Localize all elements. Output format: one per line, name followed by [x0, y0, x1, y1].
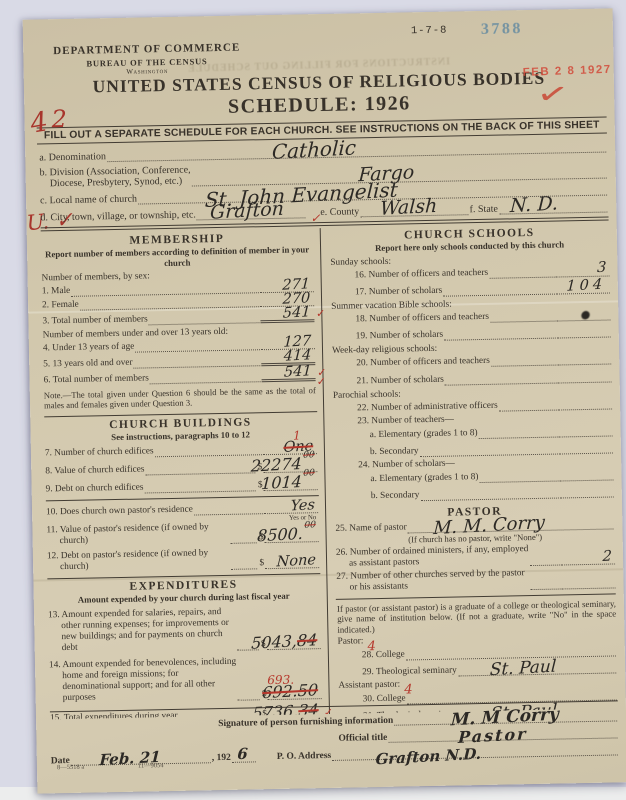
form-number: 11—9054 [138, 762, 164, 769]
answer-cell: 5043,84 [267, 637, 321, 650]
form-row: a. Elementary (grades 1 to 8) [334, 424, 613, 441]
answer-cell [559, 424, 613, 437]
dotted-leader [443, 282, 555, 296]
dotted-leader: Grafton N.D. [332, 742, 618, 760]
red-correction: 693. [267, 673, 294, 686]
form-row: 6. Total number of members 541 ✓ [43, 367, 315, 386]
membership-note: Note.—The total given under Question 6 s… [44, 385, 316, 411]
handwritten-value: Yes [290, 498, 315, 514]
dotted-leader [419, 442, 558, 457]
serial-number-stamp: 3788 [481, 20, 523, 39]
form-row: 14. Amount expended for benevolences, in… [49, 655, 322, 704]
scan-background: DEPARTMENT OF COMMERCE BUREAU OF THE CEN… [0, 0, 626, 800]
form-row: 17. Number of scholars 104 [331, 281, 610, 298]
answer-cell: 3 [555, 264, 609, 277]
field-label: e. County [320, 206, 359, 218]
dotted-leader [149, 311, 260, 325]
answer-cell [557, 352, 611, 365]
dotted-leader [490, 309, 556, 322]
answer-cell [559, 441, 613, 454]
answer-cell [561, 576, 615, 589]
handwritten-value: 2 [602, 549, 612, 564]
handwritten-year: 6 [237, 746, 253, 762]
dotted-leader [145, 461, 255, 475]
answer-cell: 541 ✓ [260, 308, 314, 323]
schedule-code: 1-7-8 [411, 25, 448, 38]
field-label: b. Division (Association, Conference, Di… [39, 166, 190, 190]
answer-cell: Yes Yes or No [264, 501, 318, 514]
form-row: 26. Number of ordained ministers, if any… [336, 542, 615, 569]
dotted-leader [238, 688, 260, 700]
form-body-columns: MEMBERSHIP Report number of members acco… [41, 223, 618, 720]
signature-label: Signature of person furnishing informati… [218, 716, 393, 729]
form-row: 20. Number of officers and teachers [332, 352, 611, 369]
form-row: 21. Number of scholars ✓ [333, 370, 612, 387]
graduate-instructions: If pastor (or assistant pastor) is a gra… [337, 598, 617, 635]
dotted-leader [479, 469, 558, 483]
signature-section: Signature of person furnishing informati… [50, 700, 619, 785]
field-label: f. State [469, 204, 498, 216]
po-address-label: P. O. Address [277, 751, 332, 762]
answer-cell [558, 397, 612, 410]
dotted-leader [420, 486, 559, 501]
form-row: a. Elementary (grades 1 to 8) [334, 468, 613, 485]
form-number: 8—5518 a [57, 764, 84, 772]
dotted-leader [530, 578, 560, 591]
dotted-leader [155, 443, 263, 457]
answer-cell [557, 325, 611, 338]
dotted-leader [133, 354, 260, 368]
form-row: 3. Total number of members 541 ✓ [42, 308, 314, 327]
answer-cell: 104 [556, 281, 610, 294]
handwritten-value: 5043,84 [251, 632, 318, 652]
dotted-leader [530, 554, 560, 567]
dotted-leader [499, 398, 558, 411]
answer-cell: 8500.00 [264, 530, 318, 543]
handwritten-county: Walsh [380, 197, 438, 219]
dotted-leader: Fargo [192, 167, 607, 187]
handwritten-value: None [276, 553, 316, 570]
dotted-leader [478, 425, 557, 439]
answer-cell: None [265, 556, 319, 569]
answer-cell [560, 485, 614, 498]
handwritten-denomination: Catholic [272, 137, 357, 162]
spacer [50, 729, 218, 732]
answer-cell: 541 ✓ [261, 367, 315, 382]
handwritten-value: 3 [596, 261, 606, 276]
answer-cell: 692.50 693. [267, 687, 321, 700]
red-checkmark: ✓ [534, 76, 571, 113]
dotted-leader [144, 479, 256, 493]
handwritten-value: 541 [283, 305, 311, 321]
dotted-leader: N. D. [499, 201, 608, 215]
dotted-leader [444, 326, 556, 340]
membership-section-subtitle: Report number of members according to de… [41, 244, 313, 270]
form-row: 11. Value of pastor's residence (if owne… [46, 520, 318, 547]
census-form-paper: DEPARTMENT OF COMMERCE BUREAU OF THE CEN… [23, 8, 626, 793]
dotted-leader [445, 371, 557, 385]
red-margin-mark: 2 [51, 105, 67, 133]
official-title-label: Official title [338, 733, 387, 744]
form-row: 13. Amount expended for salaries, repair… [48, 605, 321, 654]
identification-fields: a. Denomination Catholic b. Division (As… [39, 136, 609, 232]
dotted-leader [231, 557, 257, 569]
handwritten-value: 414 [284, 348, 312, 364]
handwritten-value: 104 [566, 278, 606, 295]
red-checkmark: ✓ [316, 308, 325, 319]
dotted-leader: 6 [232, 749, 256, 762]
dotted-leader: Grafton [197, 206, 306, 220]
dotted-leader [491, 353, 557, 366]
form-row: 27. Number of other churches served by t… [336, 566, 615, 593]
dotted-leader [135, 338, 260, 352]
handwritten-value: 101400 [261, 473, 315, 492]
field-label: a. Denomination [39, 151, 106, 163]
handwritten-state: N. D. [510, 194, 559, 216]
answer-cell: 101400 [263, 478, 317, 491]
section-divider [45, 495, 319, 501]
form-row: 18. Number of officers and teachers ● [331, 308, 610, 325]
ink-blot: ● [581, 308, 591, 320]
form-row: 9. Debt on church edifices $ 101400 [46, 478, 318, 495]
form-row: 19. Number of scholars [332, 325, 611, 342]
red-correction: 1 [293, 430, 301, 442]
dotted-leader [80, 295, 260, 310]
left-column: MEMBERSHIP Report number of members acco… [41, 228, 330, 719]
form-row: b. Secondary [335, 485, 614, 502]
red-checkmark: ✓ [317, 375, 326, 386]
field-label: d. City, town, village, or township, etc… [40, 209, 196, 223]
dotted-leader [489, 265, 555, 278]
handwritten-value: 8500.00 [257, 525, 316, 544]
dotted-leader [71, 281, 259, 297]
form-row: 12. Debt on pastor's residence (if owned… [47, 546, 319, 573]
handwritten-value: 541 [284, 364, 312, 380]
dotted-leader: St. Paul [458, 662, 617, 677]
dollar-sign: $ [259, 558, 264, 569]
handwritten-city: Grafton [210, 200, 285, 223]
answer-cell [557, 370, 611, 383]
dotted-leader: Walsh [360, 203, 469, 217]
answer-cell [559, 468, 613, 481]
form-row: 10. Does church own pastor's residence Y… [46, 501, 318, 518]
dotted-leader [150, 370, 261, 384]
right-column: CHURCH SCHOOLS Report here only schools … [321, 223, 618, 714]
dotted-leader [194, 502, 263, 515]
answer-cell: 2 [561, 552, 615, 565]
answer-cell: ● [556, 308, 610, 321]
dotted-leader [231, 531, 257, 543]
field-label: c. Local name of church [40, 194, 137, 207]
